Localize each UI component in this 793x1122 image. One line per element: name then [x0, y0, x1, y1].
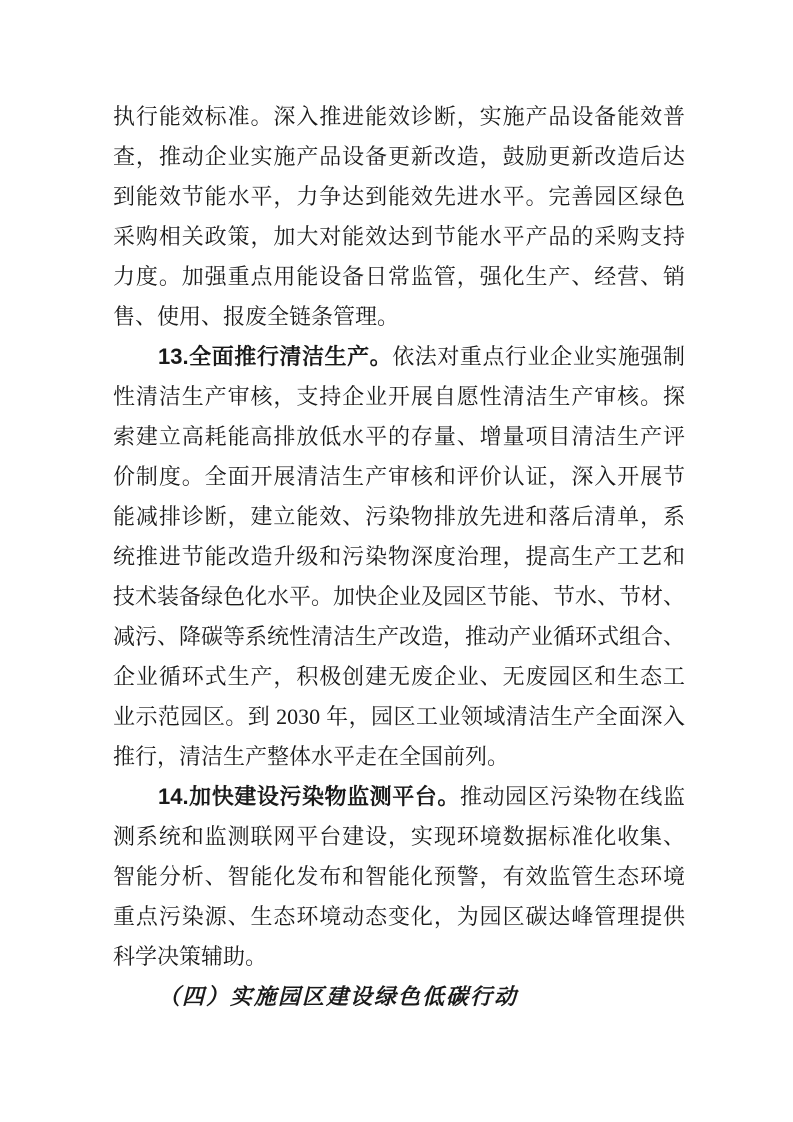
text-line: 性清洁生产审核，支持企业开展自愿性清洁生产审核。探: [113, 377, 685, 417]
text-line: 重点污染源、生态环境动态变化，为园区碳达峰管理提供: [113, 897, 685, 937]
text-line: 查，推动企业实施产品设备更新改造，鼓励更新改造后达: [113, 137, 685, 177]
text-line: 统推进节能改造升级和污染物深度治理，提高生产工艺和: [113, 537, 685, 577]
text-line: 业示范园区。到 2030 年，园区工业领域清洁生产全面深入: [113, 697, 685, 737]
text-line: 减污、降碳等系统性清洁生产改造，推动产业循环式组合、: [113, 617, 685, 657]
text-line: 能减排诊断，建立能效、污染物排放先进和落后清单，系: [113, 497, 685, 537]
document-page: 执行能效标准。深入推进能效诊断，实施产品设备能效普 查，推动企业实施产品设备更新…: [0, 0, 793, 1122]
clause-14-body-start: 推动园区污染物在线监: [460, 784, 685, 809]
text-line: 技术装备绿色化水平。加快企业及园区节能、节水、节材、: [113, 577, 685, 617]
text-line: 智能分析、智能化发布和智能化预警，有效监管生态环境: [113, 857, 685, 897]
text-line: 力度。加强重点用能设备日常监管，强化生产、经营、销: [113, 257, 685, 297]
clause-13-body-start: 依法对重点行业企业实施强制: [392, 344, 685, 369]
text-line: 采购相关政策，加大对能效达到节能水平产品的采购支持: [113, 217, 685, 257]
text-line: 价制度。全面开展清洁生产审核和评价认证，深入开展节: [113, 457, 685, 497]
clause-14-heading: 14.加快建设污染物监测平台。: [158, 784, 460, 809]
text-line: 到能效节能水平，力争达到能效先进水平。完善园区绿色: [113, 177, 685, 217]
clause-13-heading: 13.全面推行清洁生产。: [158, 344, 392, 369]
paragraph-last-line: 推行，清洁生产整体水平走在全国前列。: [113, 737, 685, 777]
text-line: 索建立高耗能高排放低水平的存量、增量项目清洁生产评: [113, 417, 685, 457]
paragraph-last-line: 科学决策辅助。: [113, 937, 685, 977]
text-line: 测系统和监测联网平台建设，实现环境数据标准化收集、: [113, 817, 685, 857]
clause-13-first-line: 13.全面推行清洁生产。依法对重点行业企业实施强制: [113, 337, 685, 377]
clause-14-first-line: 14.加快建设污染物监测平台。推动园区污染物在线监: [113, 777, 685, 817]
text-block: 执行能效标准。深入推进能效诊断，实施产品设备能效普 查，推动企业实施产品设备更新…: [113, 97, 685, 1017]
paragraph-last-line: 售、使用、报废全链条管理。: [113, 297, 685, 337]
text-line: 执行能效标准。深入推进能效诊断，实施产品设备能效普: [113, 97, 685, 137]
section-heading: （四）实施园区建设绿色低碳行动: [113, 977, 685, 1017]
text-line: 企业循环式生产，积极创建无废企业、无废园区和生态工: [113, 657, 685, 697]
